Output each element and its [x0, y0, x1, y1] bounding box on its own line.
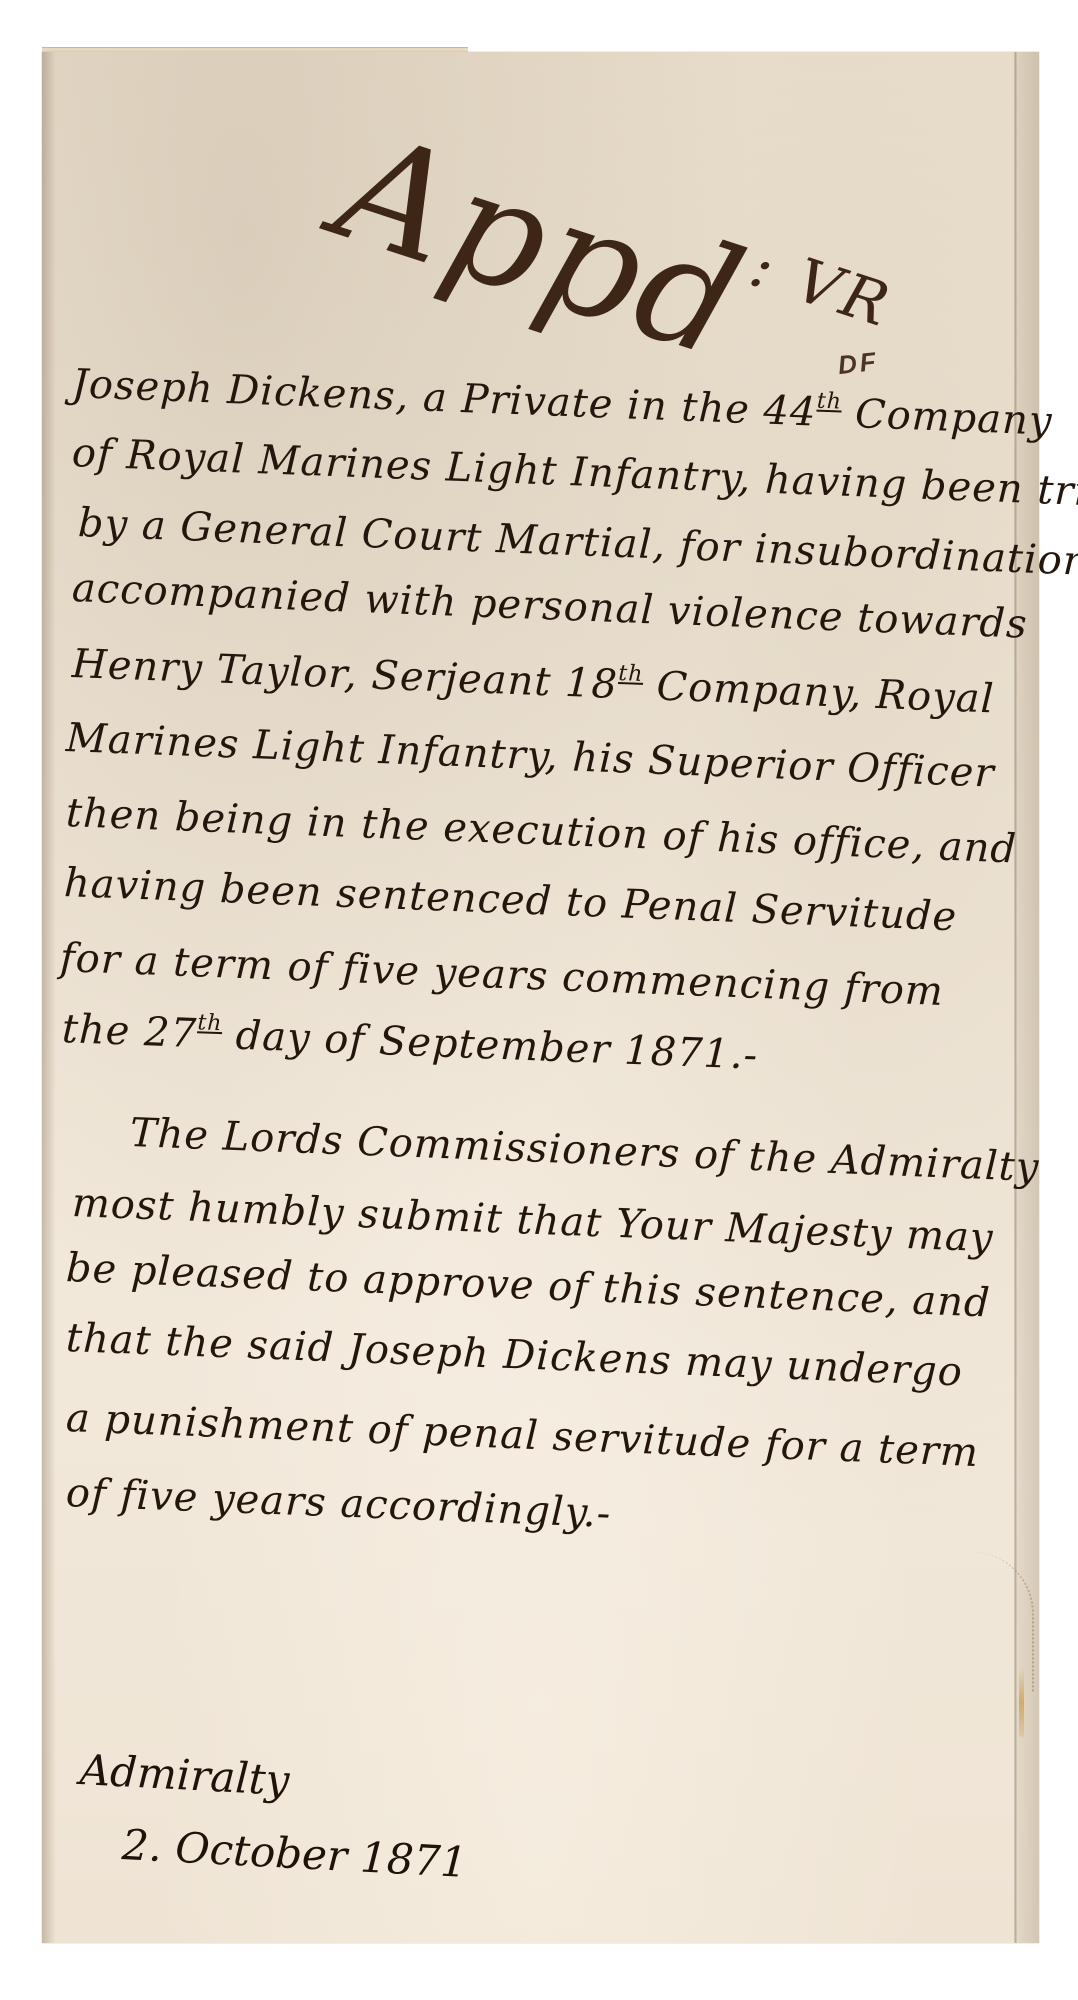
paper-stain [1019, 1667, 1024, 1737]
ordinal-suffix: th [618, 661, 644, 687]
ordinal-suffix: th [197, 1010, 223, 1036]
ordinal-suffix: th [816, 389, 842, 415]
margin-annotation: DF [836, 346, 880, 381]
line-text: the 27 [61, 1006, 198, 1057]
paper-edge-shadow [42, 52, 56, 1943]
line-text-after: Company [841, 391, 1054, 445]
